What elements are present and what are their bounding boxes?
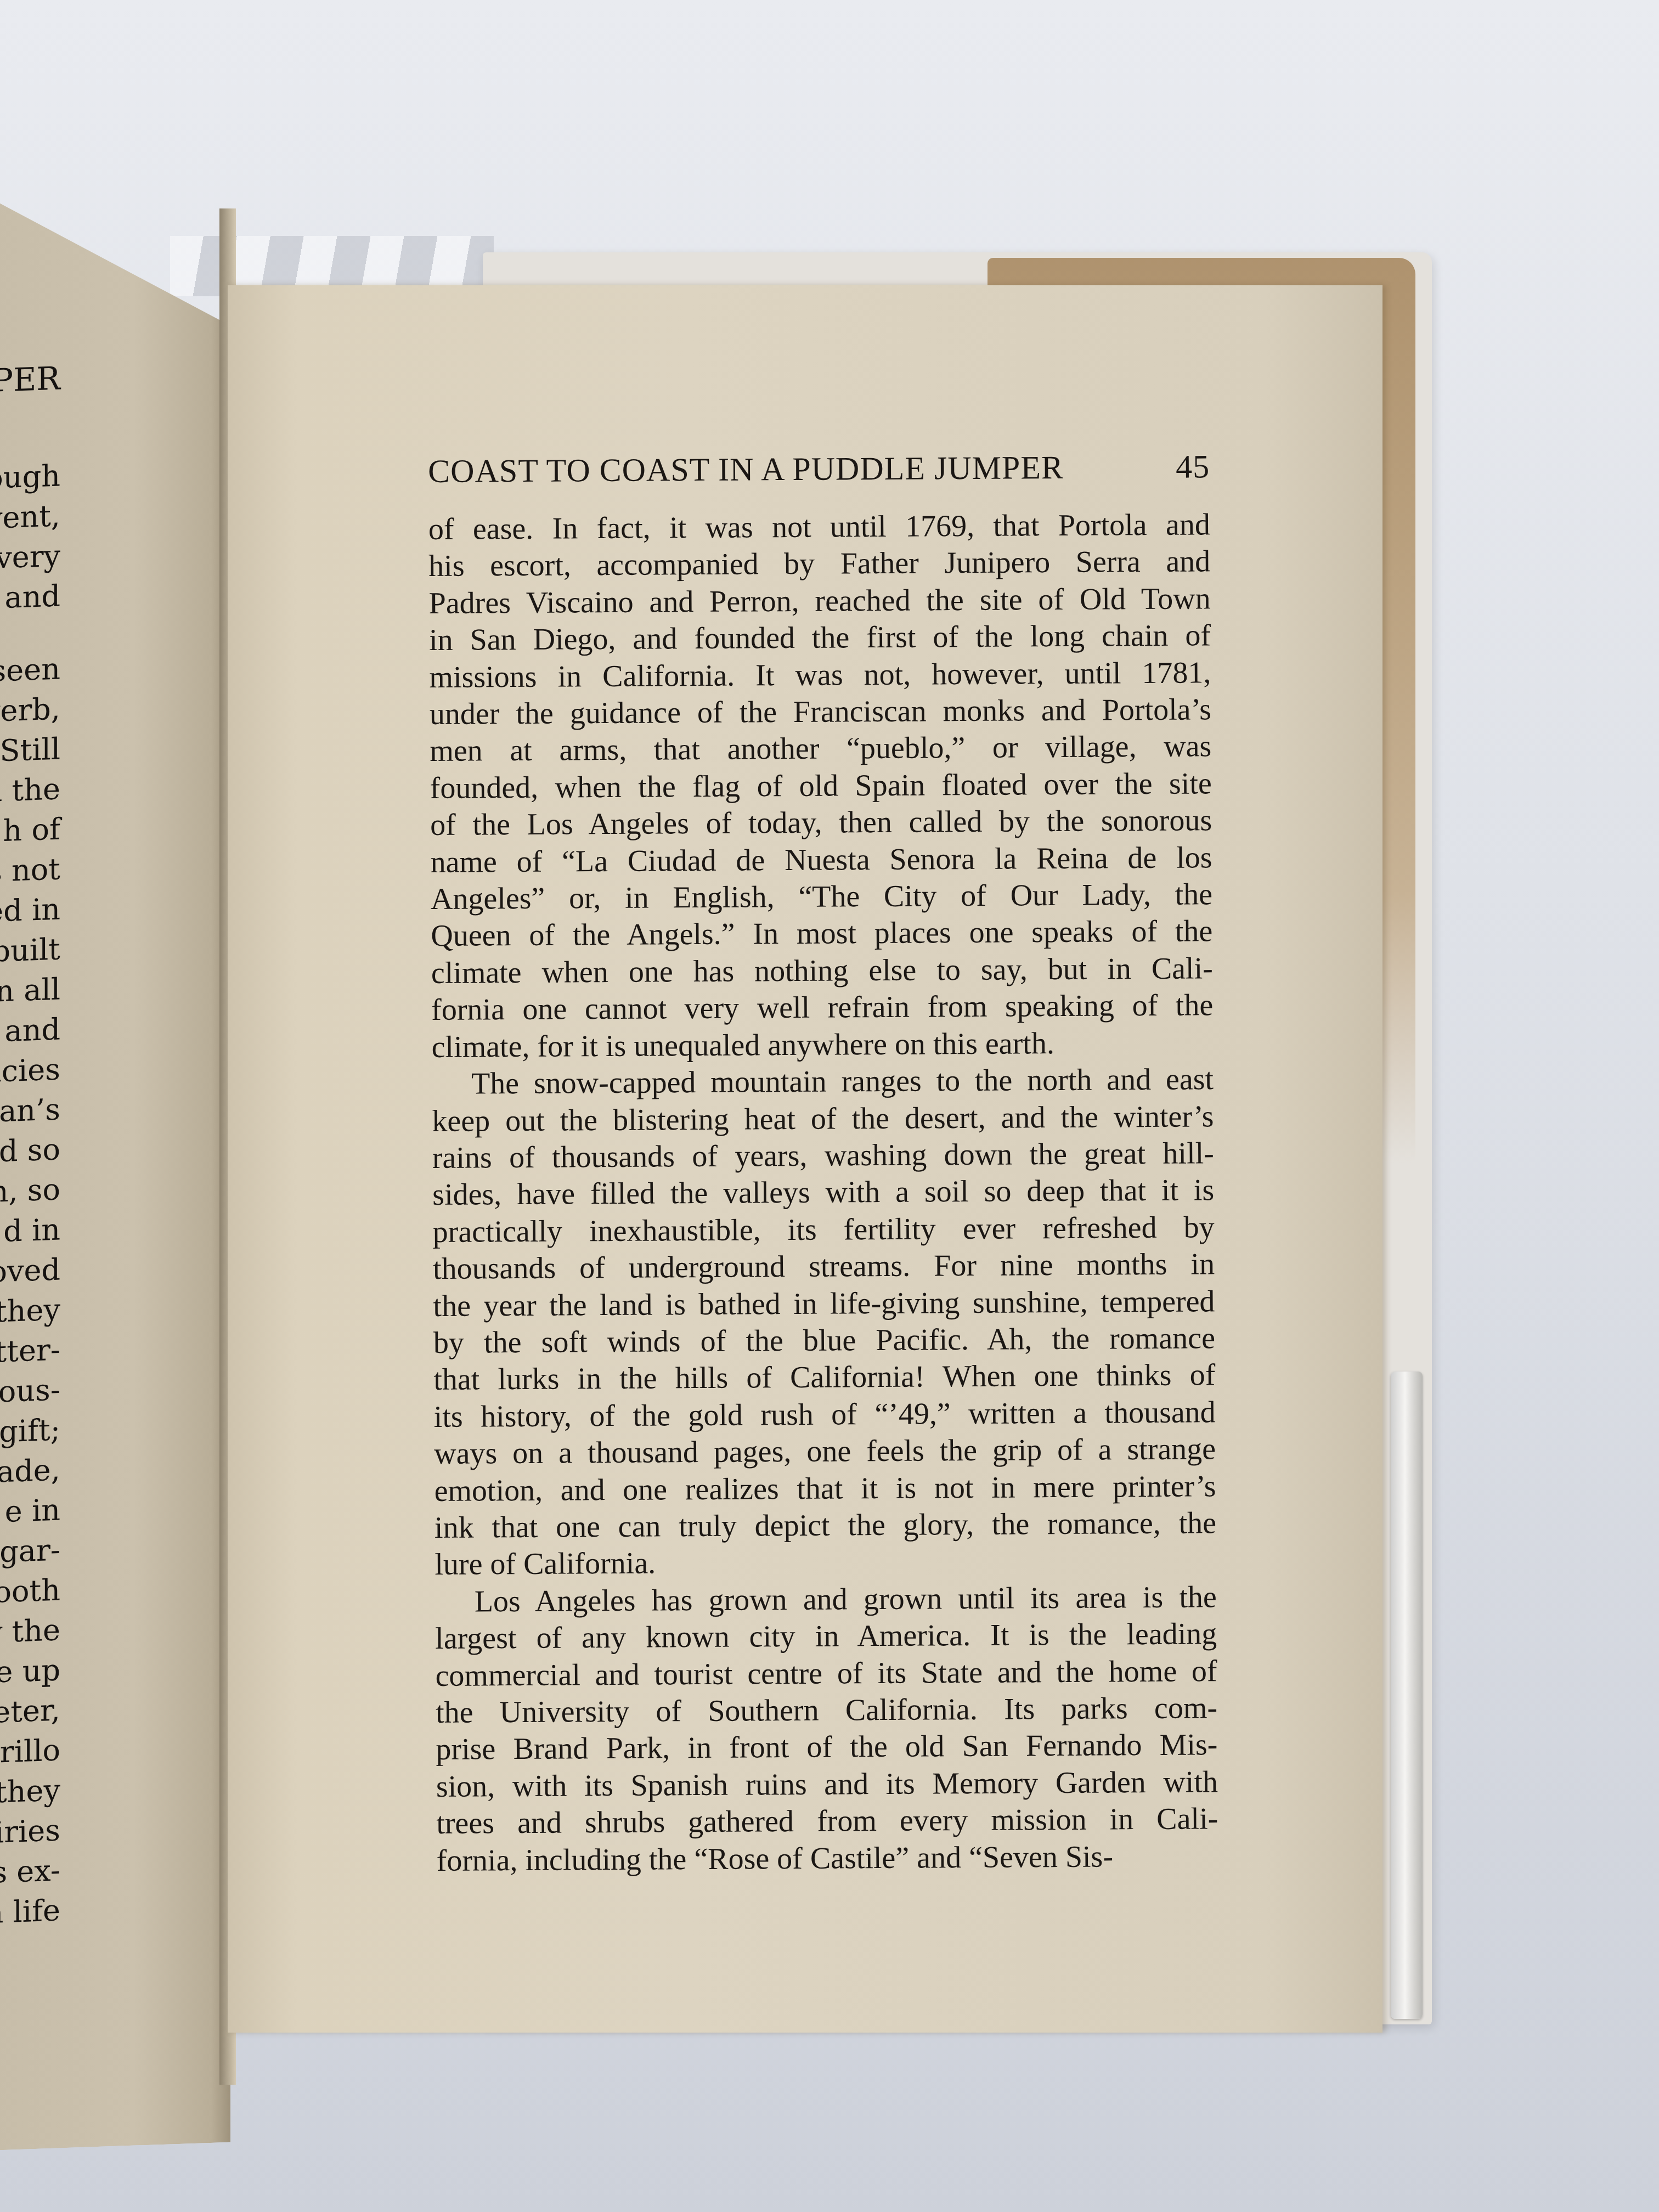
text-line: commercial and tourist centre of its Sta… — [435, 1653, 1217, 1695]
right-page: COAST TO COAST IN A PUDDLE JUMPER 45 of … — [228, 285, 1383, 2033]
text-line: Los Angeles has grown and grown until it… — [435, 1579, 1217, 1621]
left-line-fragment: and — [4, 578, 60, 615]
text-line: his escort, accompanied by Father Junipe… — [428, 544, 1210, 585]
book-photo-scene: PER oughvent,veryandseenverb,Stilld theh… — [0, 0, 1659, 2212]
text-line: the year the land is bathed in life-givi… — [433, 1283, 1215, 1325]
text-line: of ease. In fact, it was not until 1769,… — [428, 506, 1210, 548]
left-line-fragment: y the — [0, 1612, 60, 1650]
text-line: climate, for it is unequaled anywhere on… — [431, 1024, 1213, 1066]
text-line: fornia, including the “Rose of Castile” … — [436, 1838, 1218, 1880]
text-line: The snow-capped mountain ranges to the n… — [432, 1061, 1214, 1103]
text-line: sides, have filled the valleys with a so… — [432, 1172, 1214, 1214]
left-line-fragment: ough — [0, 458, 60, 495]
left-page: PER oughvent,veryandseenverb,Stilld theh… — [0, 189, 230, 2151]
paragraph: of ease. In fact, it was not until 1769,… — [428, 506, 1214, 1066]
text-line: trees and shrubs gathered from every mis… — [436, 1801, 1218, 1842]
running-head-title: COAST TO COAST IN A PUDDLE JUMPER — [428, 449, 1064, 490]
text-line: practically inexhaustible, its fertility… — [432, 1209, 1214, 1251]
text-line: Padres Viscaino and Perron, reached the … — [428, 580, 1210, 622]
left-line-fragment: and — [4, 1012, 60, 1048]
left-line-fragment: a life — [0, 1893, 60, 1930]
left-line-fragment: ncies — [0, 1052, 60, 1089]
text-line: prise Brand Park, in front of the old Sa… — [436, 1727, 1217, 1769]
left-line-fragment: d the — [0, 771, 60, 809]
left-line-fragment: vent, — [0, 498, 60, 535]
text-line: rains of thousands of years, washing dow… — [432, 1135, 1214, 1177]
text-line: men at arms, that another “pueblo,” or v… — [430, 729, 1211, 770]
left-line-fragment: airies — [0, 1813, 60, 1850]
left-line-fragment: in all — [0, 972, 60, 1009]
left-line-fragment: d so — [0, 1132, 60, 1169]
text-line: Queen of the Angels.” In most places one… — [431, 913, 1212, 955]
left-line-fragment: h of — [3, 811, 60, 848]
left-line-fragment: s ex- — [0, 1853, 60, 1889]
text-line: missions in California. It was not, howe… — [429, 654, 1211, 696]
running-head: COAST TO COAST IN A PUDDLE JUMPER 45 — [428, 448, 1210, 490]
page-content: COAST TO COAST IN A PUDDLE JUMPER 45 of … — [428, 448, 1218, 1880]
left-line-fragment: tooth — [0, 1572, 60, 1610]
text-line: emotion, and one realizes that it is not… — [434, 1468, 1216, 1510]
jacket-foil-edge — [1391, 1372, 1423, 2019]
text-line: ways on a thousand pages, one feels the … — [434, 1431, 1216, 1472]
text-line: keep out the blistering heat of the dese… — [432, 1098, 1214, 1140]
left-line-fragment: nade, — [0, 1452, 60, 1489]
text-line: fornia one cannot very well refrain from… — [431, 988, 1213, 1029]
left-line-fragment: ed in — [0, 891, 60, 929]
left-line-fragment: loved — [0, 1252, 60, 1289]
text-line: of the Los Angeles of today, then called… — [430, 803, 1212, 844]
left-line-fragment: le up — [0, 1652, 60, 1690]
left-line-fragment: they — [0, 1773, 60, 1809]
text-line: ink that one can truly depict the glory,… — [435, 1505, 1216, 1547]
page-number: 45 — [1176, 448, 1210, 486]
text-line: thousands of underground streams. For ni… — [433, 1246, 1215, 1288]
paragraph: The snow-capped mountain ranges to the n… — [432, 1061, 1217, 1583]
left-line-fragment: e in — [5, 1492, 60, 1529]
paragraph: Los Angeles has grown and grown until it… — [435, 1579, 1218, 1880]
left-line-fragment: built — [0, 932, 60, 968]
left-page-text: PER oughvent,veryandseenverb,Stilld theh… — [0, 195, 60, 198]
left-line-fragment: d in — [3, 1212, 60, 1249]
left-line-fragment: gar- — [0, 1532, 60, 1569]
body-text: of ease. In fact, it was not until 1769,… — [428, 506, 1218, 1880]
left-line-fragment: very — [0, 538, 60, 575]
left-line-fragment: itter- — [0, 1332, 60, 1369]
left-line-fragment: eeter, — [0, 1692, 60, 1730]
text-line: name of “La Ciudad de Nuesta Senora la R… — [430, 839, 1212, 881]
text-line: under the guidance of the Franciscan mon… — [430, 691, 1211, 733]
text-line: climate when one has nothing else to say… — [431, 950, 1213, 992]
left-line-fragment: Still — [0, 731, 60, 768]
left-line-fragment: hous- — [0, 1372, 60, 1409]
text-line: founded, when the flag of old Spain floa… — [430, 765, 1212, 807]
text-line: in San Diego, and founded the first of t… — [429, 618, 1211, 659]
text-line: that lurks in the hills of California! W… — [433, 1357, 1215, 1399]
left-line-fragment: verb, — [0, 691, 60, 729]
left-line-fragment: can’s — [0, 1092, 60, 1129]
left-running-head-fragment: PER — [0, 359, 60, 399]
left-line-fragment: brillo — [0, 1733, 60, 1770]
left-line-fragment: seen — [0, 651, 60, 688]
text-line: the University of Southern California. I… — [436, 1690, 1217, 1731]
text-line: sion, with its Spanish ruins and its Mem… — [436, 1764, 1218, 1805]
left-line-fragment: they — [0, 1292, 60, 1329]
text-line: largest of any known city in America. It… — [435, 1616, 1217, 1657]
text-line: its history, of the gold rush of “’49,” … — [434, 1394, 1216, 1436]
left-line-fragment: h, so — [0, 1172, 60, 1209]
left-line-fragment: gift; — [0, 1412, 60, 1449]
text-line: lure of California. — [435, 1542, 1216, 1584]
text-line: Angeles” or, in English, “The City of Ou… — [431, 876, 1212, 918]
left-line-fragment: s not — [0, 851, 60, 889]
text-line: by the soft winds of the blue Pacific. A… — [433, 1320, 1215, 1362]
